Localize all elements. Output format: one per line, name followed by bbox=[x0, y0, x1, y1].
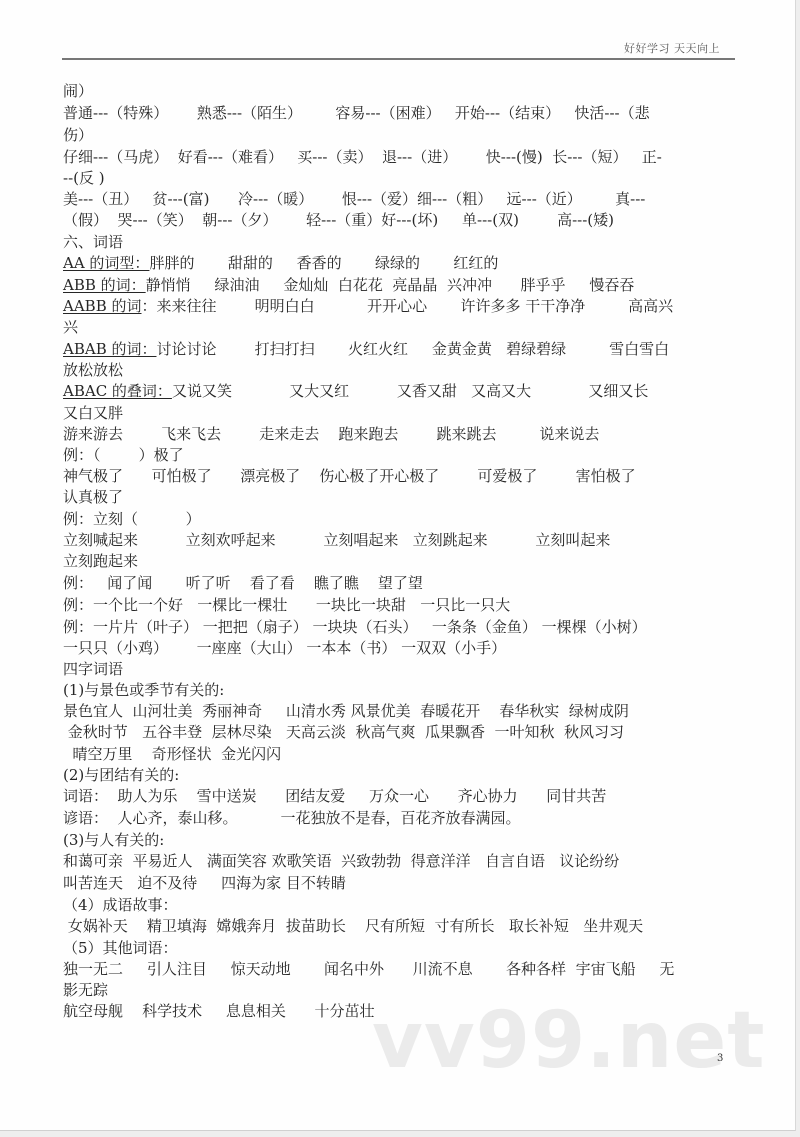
text-line: 游来游去 飞来飞去 走来走去 跑来跑去 跳来跳去 说来说去 bbox=[63, 425, 733, 443]
word-type-aa: AA 的词型：胖胖的 甜甜的 香香的 绿绿的 红红的 bbox=[63, 254, 733, 272]
text-line: 独一无二 引人注目 惊天动地 闻名中外 川流不息 各种各样 宇宙飞船 无 bbox=[63, 960, 733, 978]
word-type-words: 讨论讨论 打扫打扫 火红火红 金黄金黄 碧绿碧绿 雪白雪白 bbox=[156, 340, 669, 358]
text-line: 认真极了 bbox=[63, 488, 733, 506]
text-line: 又白又胖 bbox=[63, 404, 733, 422]
page-header-text: 好好学习 天天向上 bbox=[624, 40, 720, 56]
word-type-label: ABAB 的词： bbox=[63, 340, 156, 358]
text-line: 普通---（特殊） 熟悉---（陌生） 容易---（困难） 开始---（结束） … bbox=[63, 104, 733, 122]
word-type-abac: ABAC 的叠词：又说又笑 又大又红 又香又甜 又高又大 又细又长 bbox=[63, 382, 733, 400]
watermark: vv99.net bbox=[372, 996, 766, 1086]
text-line: 一只只（小鸡） 一座座（大山） 一本本（书） 一双双（小手） bbox=[63, 639, 733, 657]
text-line: 例：立刻（ ） bbox=[63, 510, 733, 528]
text-line: 谚语： 人心齐，泰山移。 一花独放不是春，百花齐放春满园。 bbox=[63, 809, 733, 827]
text-line: --(反 ) bbox=[63, 169, 733, 187]
text-line: 立刻喊起来 立刻欢呼起来 立刻唱起来 立刻跳起来 立刻叫起来 bbox=[63, 531, 733, 549]
text-line: 例：（ ）极了 bbox=[63, 446, 733, 464]
subsection-heading: (1)与景色或季节有关的: bbox=[63, 681, 733, 699]
section-heading: 四字词语 bbox=[63, 660, 733, 678]
word-type-label: ABB 的词： bbox=[63, 276, 146, 294]
text-line: 例：一片片（叶子） 一把把（扇子） 一块块（石头） 一条条（金鱼） 一棵棵（小树… bbox=[63, 618, 733, 636]
word-type-words: ：来来往往 明明白白 开开心心 许许多多 干干净净 高高兴 bbox=[141, 297, 673, 315]
text-line: 闹） bbox=[63, 82, 733, 100]
subsection-heading: (3)与人有关的: bbox=[63, 831, 733, 849]
word-type-words: 又说又笑 又大又红 又香又甜 又高又大 又细又长 bbox=[172, 382, 648, 400]
text-line: 晴空万里 奇形怪状 金光闪闪 bbox=[63, 745, 733, 763]
subsection-heading: （5）其他词语： bbox=[63, 939, 733, 957]
word-type-words: 静悄悄 绿油油 金灿灿 白花花 亮晶晶 兴冲冲 胖乎乎 慢吞吞 bbox=[146, 276, 635, 294]
text-line: 女娲补天 精卫填海 嫦娥奔月 拔苗助长 尺有所短 寸有所长 取长补短 坐井观天 bbox=[63, 917, 733, 935]
document-page: 好好学习 天天向上 闹） 普通---（特殊） 熟悉---（陌生） 容易---（困… bbox=[0, 0, 796, 1131]
word-type-abab: ABAB 的词：讨论讨论 打扫打扫 火红火红 金黄金黄 碧绿碧绿 雪白雪白 bbox=[63, 340, 733, 358]
word-type-words: 胖胖的 甜甜的 香香的 绿绿的 红红的 bbox=[149, 254, 498, 272]
text-line: 叫苦连天 迫不及待 四海为家 目不转睛 bbox=[63, 874, 733, 892]
text-line: 立刻跑起来 bbox=[63, 552, 733, 570]
text-line: 景色宜人 山河壮美 秀丽神奇 山清水秀 风景优美 春暖花开 春华秋实 绿树成阴 bbox=[63, 702, 733, 720]
text-line: （假） 哭---（笑） 朝---（夕） 轻---（重）好---(坏) 单---(… bbox=[63, 211, 733, 229]
text-line: 和蔼可亲 平易近人 满面笑容 欢歌笑语 兴致勃勃 得意洋洋 自言自语 议论纷纷 bbox=[63, 852, 733, 870]
word-type-label: AABB 的词 bbox=[63, 297, 141, 315]
text-line: 金秋时节 五谷丰登 层林尽染 天高云淡 秋高气爽 瓜果飘香 一叶知秋 秋风习习 bbox=[63, 723, 733, 741]
header-divider bbox=[62, 58, 735, 60]
text-line: 伤） bbox=[63, 126, 733, 144]
word-type-aabb: AABB 的词：来来往往 明明白白 开开心心 许许多多 干干净净 高高兴 bbox=[63, 297, 733, 315]
text-line: 仔细---（马虎） 好看---（难看） 买---（卖） 退---（进） 快---… bbox=[63, 148, 733, 166]
word-type-label: ABAC 的叠词： bbox=[63, 382, 172, 400]
section-heading: 六、词语 bbox=[63, 233, 733, 251]
page-number: 3 bbox=[717, 1053, 723, 1064]
text-line: 放松放松 bbox=[63, 361, 733, 379]
word-type-abb: ABB 的词：静悄悄 绿油油 金灿灿 白花花 亮晶晶 兴冲冲 胖乎乎 慢吞吞 bbox=[63, 276, 733, 294]
text-line: 例：一个比一个好 一棵比一棵壮 一块比一块甜 一只比一只大 bbox=[63, 596, 733, 614]
subsection-heading: （4）成语故事： bbox=[63, 896, 733, 914]
text-line: 兴 bbox=[63, 318, 733, 336]
text-line: 神气极了 可怕极了 漂亮极了 伤心极了开心极了 可爱极了 害怕极了 bbox=[63, 467, 733, 485]
text-line: 词语： 助人为乐 雪中送炭 团结友爱 万众一心 齐心协力 同甘共苦 bbox=[63, 787, 733, 805]
word-type-label: AA 的词型： bbox=[63, 254, 149, 272]
text-line: 美---（丑） 贫---(富) 冷---（暖） 恨---（爱）细---（粗） 远… bbox=[63, 190, 733, 208]
text-line: 例： 闻了闻 听了听 看了看 瞧了瞧 望了望 bbox=[63, 574, 733, 592]
subsection-heading: (2)与团结有关的: bbox=[63, 766, 733, 784]
